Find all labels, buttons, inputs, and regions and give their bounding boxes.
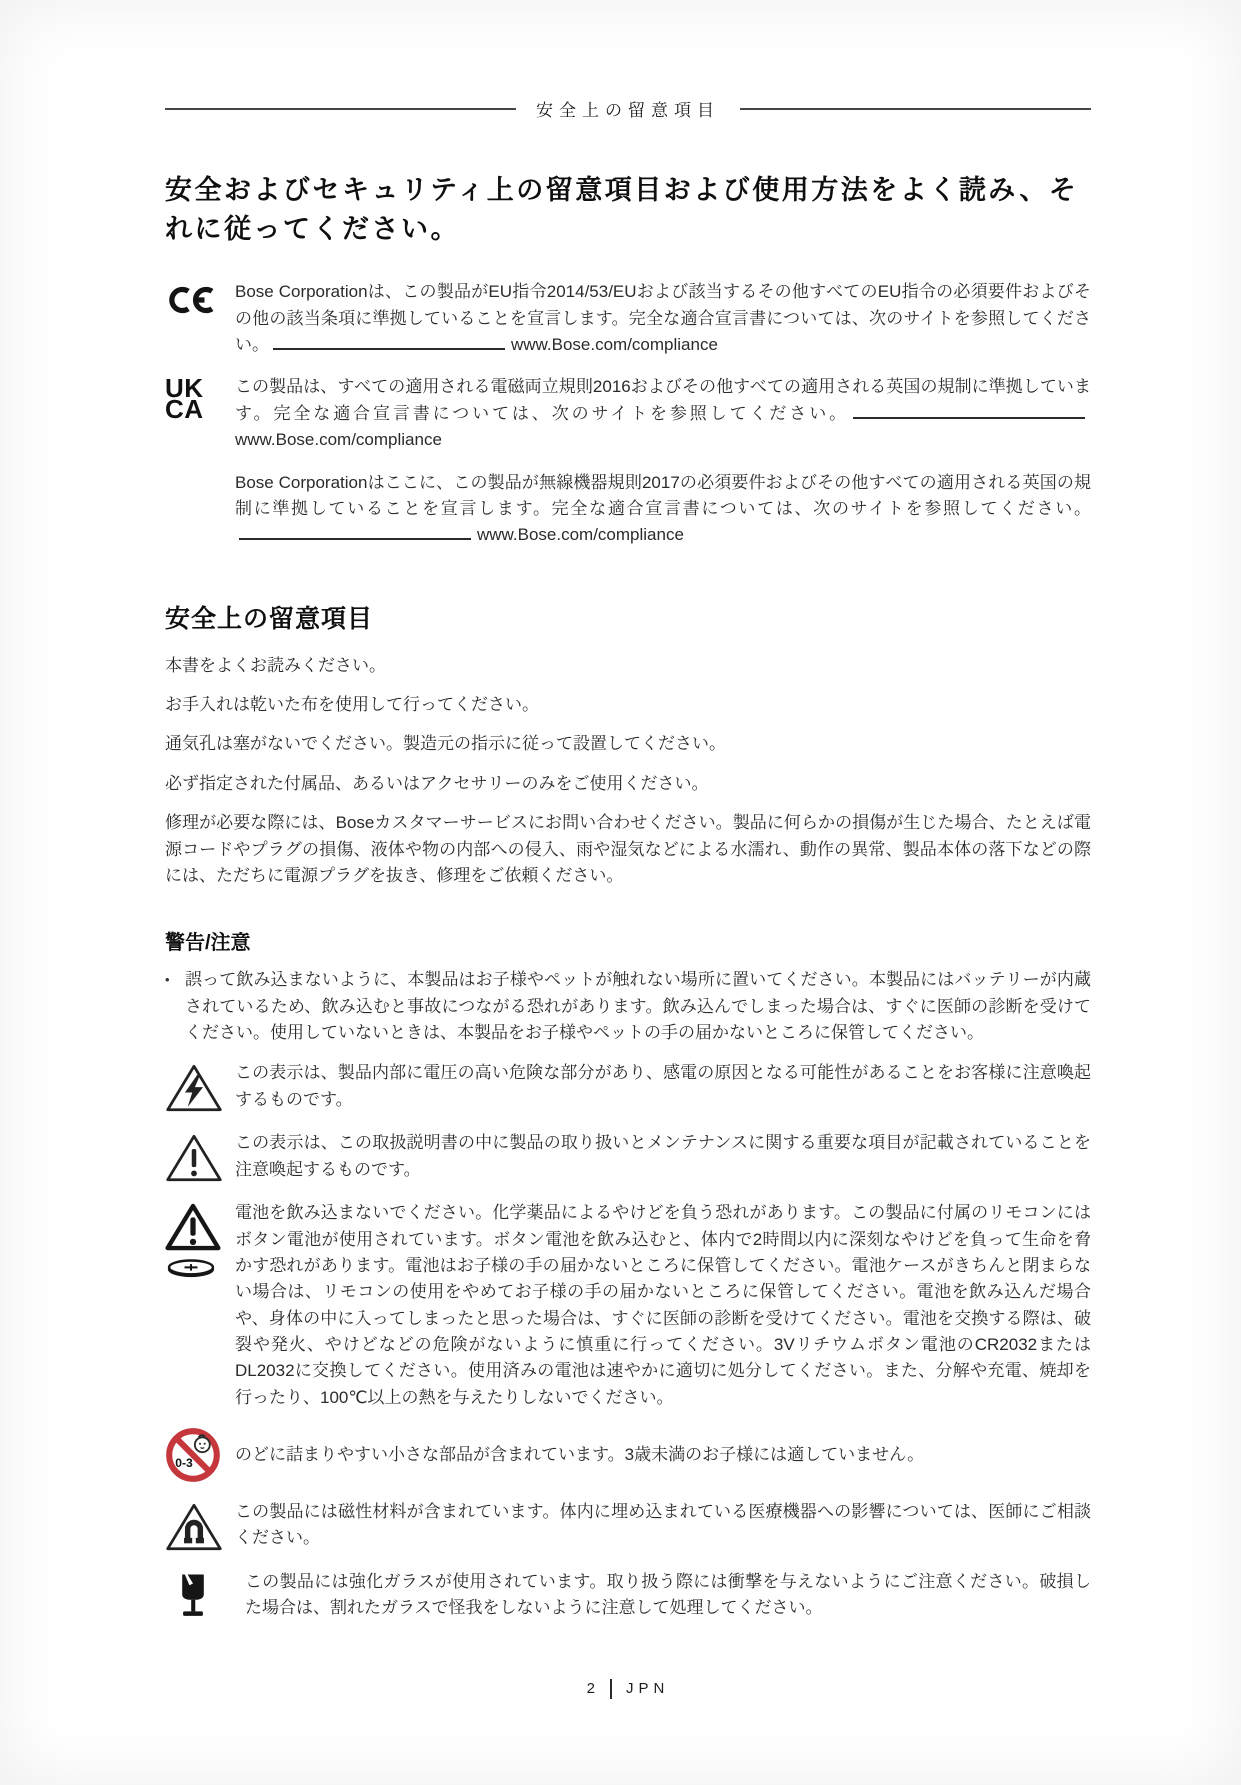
caution-warning-icon bbox=[165, 1132, 223, 1184]
blank-line bbox=[853, 401, 1085, 419]
safety-item: 本書をよくお読みください。 bbox=[165, 653, 1091, 679]
page-header: 安全上の留意項目 bbox=[165, 96, 1091, 121]
bullet-icon: • bbox=[165, 967, 185, 1046]
choking-age-badge: 0-3 bbox=[175, 1456, 193, 1470]
compliance-paragraph: Bose Corporationは、この製品がEU指令2014/53/EUおよび… bbox=[235, 279, 1091, 358]
ce-mark-icon bbox=[165, 281, 219, 319]
compliance-url: www.Bose.com/compliance bbox=[511, 335, 718, 354]
blank-line bbox=[273, 332, 505, 350]
warning-text: この製品には強化ガラスが使用されています。取り扱う際には衝撃を与えないようにご注… bbox=[245, 1569, 1091, 1623]
warning-button-battery-item: 電池を飲み込まないでください。化学薬品によるやけどを負う恐れがあります。この製品… bbox=[165, 1200, 1091, 1411]
compliance-url: www.Bose.com/compliance bbox=[477, 525, 684, 544]
choking-hazard-icon: 0-3 bbox=[165, 1427, 221, 1483]
compliance-ce-block: Bose Corporationは、この製品がEU指令2014/53/EUおよび… bbox=[165, 279, 1091, 358]
warning-text: この表示は、この取扱説明書の中に製品の取り扱いとメンテナンスに関する重要な項目が… bbox=[235, 1130, 1091, 1184]
compliance-radio-block: Bose Corporationはここに、この製品が無線機器規則2017の必須要… bbox=[165, 470, 1091, 549]
warning-bullet-item: • 誤って飲み込まないように、本製品はお子様やペットが触れない場所に置いてくださ… bbox=[165, 967, 1091, 1046]
warning-caution-item: この表示は、この取扱説明書の中に製品の取り扱いとメンテナンスに関する重要な項目が… bbox=[165, 1130, 1091, 1184]
warning-high-voltage-item: この表示は、製品内部に電圧の高い危険な部分があり、感電の原因となる可能性があるこ… bbox=[165, 1060, 1091, 1114]
magnet-warning-icon bbox=[165, 1501, 223, 1553]
header-rule-right bbox=[740, 108, 1091, 110]
warning-text: この表示は、製品内部に電圧の高い危険な部分があり、感電の原因となる可能性があるこ… bbox=[235, 1060, 1091, 1114]
safety-item: お手入れは乾いた布を使用して行ってください。 bbox=[165, 692, 1091, 718]
high-voltage-warning-icon bbox=[165, 1062, 223, 1114]
region-label: JPN bbox=[626, 1680, 669, 1697]
warning-glass-item: この製品には強化ガラスが使用されています。取り扱う際には衝撃を与えないようにご注… bbox=[165, 1569, 1091, 1623]
header-title: 安全上の留意項目 bbox=[536, 96, 720, 121]
page-footer: 2 JPN bbox=[165, 1639, 1091, 1699]
safety-item: 必ず指定された付属品、あるいはアクセサリーのみをご使用ください。 bbox=[165, 771, 1091, 797]
warning-section-heading: 警告/注意 bbox=[165, 926, 1091, 955]
broken-glass-icon bbox=[175, 1571, 211, 1623]
main-heading: 安全およびセキュリティ上の留意項目および使用方法をよく読み、それに従ってください… bbox=[165, 171, 1091, 249]
warning-choking-hazard-item: 0-3 のどに詰まりやすい小さな部品が含まれています。3歳未満のお子様には適して… bbox=[165, 1427, 1091, 1483]
compliance-ukca-block: UK CA この製品は、すべての適用される電磁両立規則2016およびその他すべて… bbox=[165, 374, 1091, 453]
blank-line bbox=[239, 522, 471, 540]
safety-item: 通気孔は塞がないでください。製造元の指示に従って設置してください。 bbox=[165, 731, 1091, 757]
compliance-url: www.Bose.com/compliance bbox=[235, 430, 442, 449]
warning-magnet-item: この製品には磁性材料が含まれています。体内に埋め込まれている医療機器への影響につ… bbox=[165, 1499, 1091, 1553]
warning-text: のどに詰まりやすい小さな部品が含まれています。3歳未満のお子様には適していません… bbox=[235, 1442, 1091, 1468]
warning-text: 誤って飲み込まないように、本製品はお子様やペットが触れない場所に置いてください。… bbox=[185, 967, 1091, 1046]
compliance-paragraph: この製品は、すべての適用される電磁両立規則2016およびその他すべての適用される… bbox=[235, 374, 1091, 453]
page-number: 2 bbox=[587, 1680, 596, 1697]
footer-divider bbox=[610, 1679, 612, 1699]
compliance-text: Bose Corporationはここに、この製品が無線機器規則2017の必須要… bbox=[235, 473, 1091, 518]
safety-item: 修理が必要な際には、Boseカスタマーサービスにお問い合わせください。製品に何ら… bbox=[165, 810, 1091, 889]
coin-battery-icon bbox=[165, 1258, 217, 1280]
ukca-mark-bottom: CA bbox=[165, 399, 204, 420]
header-rule-left bbox=[165, 108, 516, 110]
warning-text: 電池を飲み込まないでください。化学薬品によるやけどを負う恐れがあります。この製品… bbox=[235, 1200, 1091, 1411]
warning-text: この製品には磁性材料が含まれています。体内に埋め込まれている医療機器への影響につ… bbox=[235, 1499, 1091, 1553]
compliance-paragraph: Bose Corporationはここに、この製品が無線機器規則2017の必須要… bbox=[235, 470, 1091, 549]
ukca-mark-icon: UK CA bbox=[165, 376, 204, 420]
safety-section-heading: 安全上の留意項目 bbox=[165, 599, 1091, 635]
button-battery-warning-icon bbox=[165, 1202, 221, 1252]
document-page: 安全上の留意項目 安全およびセキュリティ上の留意項目および使用方法をよく読み、そ… bbox=[0, 0, 1241, 1785]
